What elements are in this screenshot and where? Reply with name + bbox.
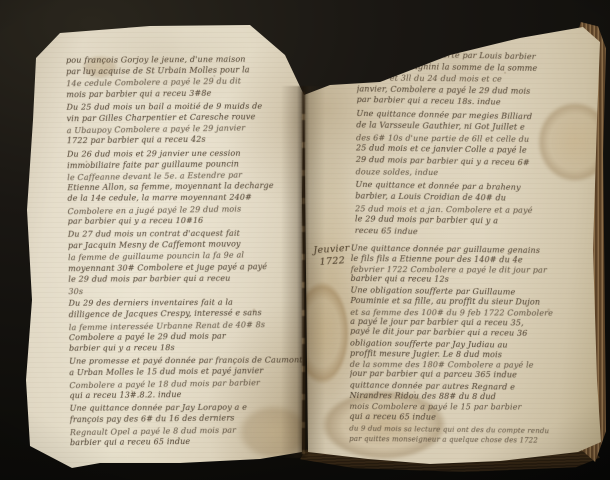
handwritten-line: Pouminie et sa fille, au proffit du sieu… bbox=[350, 296, 592, 308]
right-page: Jeuvier 1722 Une obligation soufferte pa… bbox=[296, 18, 608, 474]
handwritten-line: barbier qui a receu 12s bbox=[351, 274, 593, 286]
paragraph: Du 25 dud mois un bail a moitié de 9 mui… bbox=[66, 100, 302, 147]
handwritten-line: par quittes monseigneur a quelque chose … bbox=[349, 434, 591, 446]
paragraph: Du 27 dud mois un contrat d'acquest fait… bbox=[68, 227, 305, 297]
paragraph: Une quittance donnée par Jay Lorapoy a e… bbox=[70, 401, 306, 448]
left-page-handwriting: pou françois Gorjoy le jeune, d'une mais… bbox=[66, 53, 306, 450]
handwritten-line: douze soldes, indue bbox=[356, 166, 590, 180]
paragraph: Une obligation soufferte par GuillaumePo… bbox=[350, 286, 592, 339]
paragraph: Une obligation soufferte par Louis barbi… bbox=[357, 48, 592, 109]
handwritten-line: 1722 par barbier qui a receu 42s bbox=[67, 133, 303, 147]
paragraph: Du 29 des derniers inventaires fait a la… bbox=[68, 296, 305, 354]
margin-date-note: Jeuvier 1722 bbox=[309, 242, 355, 269]
paragraph: Du 26 dud mois et 29 janvier une cession… bbox=[67, 146, 304, 227]
paragraph: Une quittance donnée par megies Billiard… bbox=[356, 108, 591, 180]
paragraph: Une promesse et payé donnée par françois… bbox=[69, 354, 305, 401]
handwritten-line: qui a receu 65 indue bbox=[349, 411, 591, 423]
handwritten-line: mois par barbier qui a receu 3#8e bbox=[66, 86, 302, 100]
manuscript-photo: pou françois Gorjoy le jeune, d'une mais… bbox=[0, 0, 610, 480]
left-page: pou françois Gorjoy le jeune, d'une mais… bbox=[24, 22, 308, 472]
paragraph: du 9 dud mois sa lecture qui ont des du … bbox=[349, 424, 591, 446]
paragraph: quittance donnée par autres Regnard eNir… bbox=[349, 381, 591, 423]
right-page-handwriting-upper: Une obligation soufferte par Louis barbi… bbox=[355, 48, 592, 241]
handwritten-line: payé le dit jour par barbier qui a receu… bbox=[350, 326, 592, 339]
right-page-handwriting-lower: Une quittance donnée par guillaume genai… bbox=[349, 244, 593, 448]
handwritten-line: barbier qui a receu 65 indue bbox=[70, 434, 306, 448]
handwritten-line: jour par barbier qui a parceu 365 indue bbox=[350, 369, 592, 381]
paragraph: Une quittance et donnée par a brahenybar… bbox=[355, 179, 590, 240]
handwritten-line: qui a receu 13#.8.2. indue bbox=[69, 388, 305, 402]
handwritten-line: 30s bbox=[68, 283, 304, 298]
paragraph: Une quittance donnée par guillaume genai… bbox=[351, 244, 593, 286]
handwritten-line: par barbier qui y a receu 10#16 bbox=[68, 214, 304, 227]
paragraph: pou françois Gorjoy le jeune, d'une mais… bbox=[66, 53, 302, 100]
paragraph: obligation soufferte par Jay Judiau aupr… bbox=[350, 339, 592, 381]
handwritten-line: barbier qui y a receu 18s bbox=[69, 341, 305, 354]
